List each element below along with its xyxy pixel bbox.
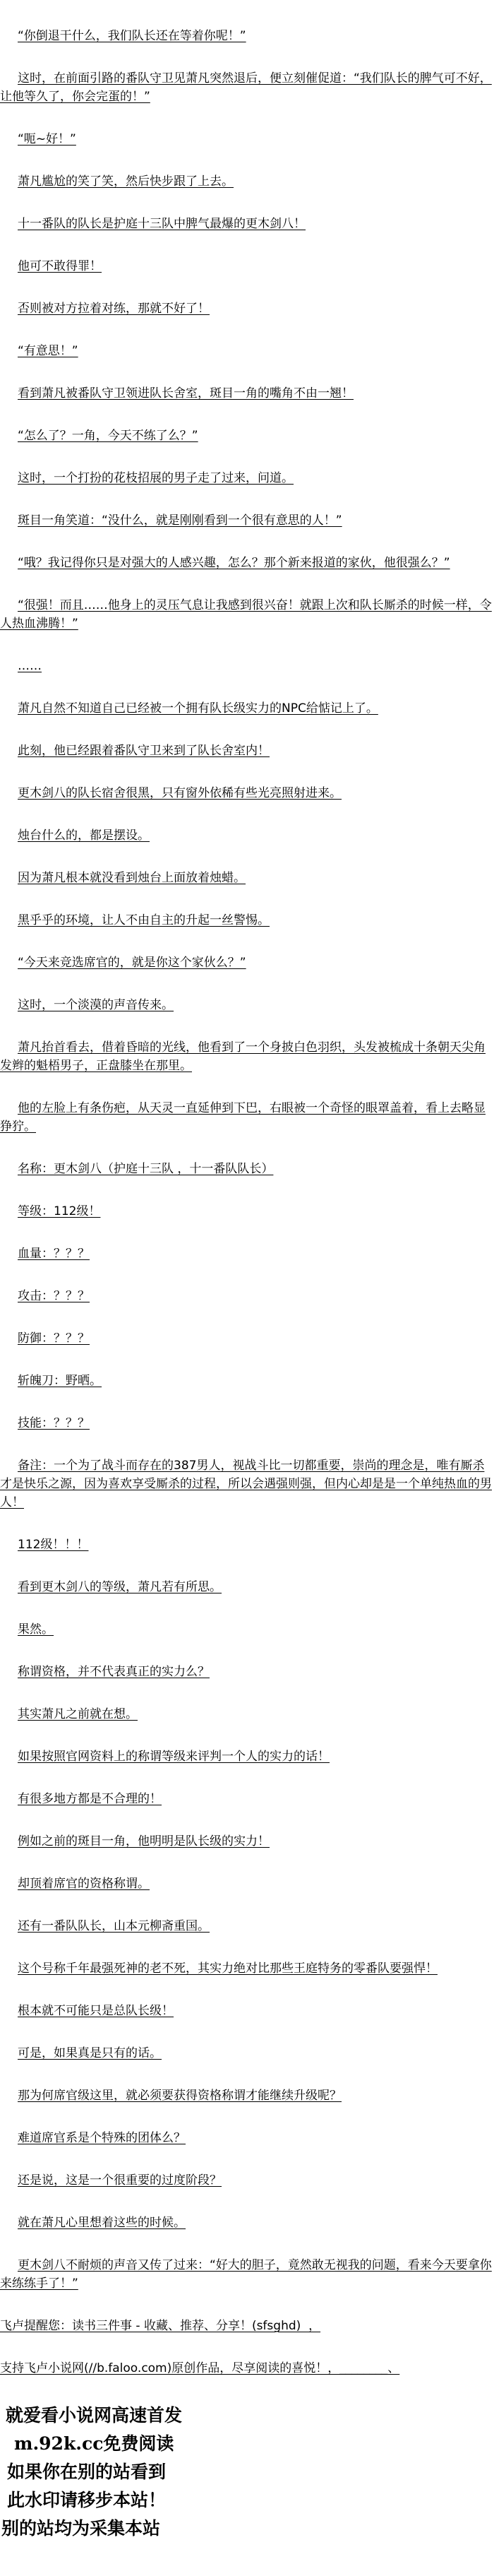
paragraph: 还是说，这是一个很重要的过度阶段？ — [0, 2171, 494, 2190]
stat-attack: 攻击：？？？ — [0, 1287, 494, 1305]
watermark-line: 就爱看小说网高速首发 — [0, 2402, 494, 2430]
paragraph: 难道席官系是个特殊的团体么？ — [0, 2129, 494, 2147]
novel-reader-page: “你倒退干什么，我们队长还在等着你呢！” 这时，在前面引路的番队守卫见萧凡突然退… — [0, 0, 494, 2547]
paragraph: 更木剑八不耐烦的声音又传了过来：“好大的胆子，竟然敢无视我的问题，看来今天要拿你… — [0, 2256, 494, 2293]
paragraph: 烛台什么的，都是摆设。 — [0, 826, 494, 845]
chapter-text: “你倒退干什么，我们队长还在等着你呢！” 这时，在前面引路的番队守卫见萧凡突然退… — [0, 27, 494, 2293]
watermark-line: 如果你在别的站看到 — [0, 2458, 494, 2486]
faloo-support-notice: 支持飞卢小说网(//b.faloo.com)原创作品，尽享阅读的喜悦！，____… — [0, 2359, 494, 2378]
paragraph: 萧凡自然不知道自己已经被一个拥有队长级实力的NPC给惦记上了。 — [0, 699, 494, 718]
paragraph: “呃~好！” — [0, 130, 494, 148]
watermark-line: 别的站均为采集本站 — [0, 2515, 494, 2543]
paragraph: 更木剑八的队长宿舍很黑，只有窗外依稀有些光亮照射进来。 — [0, 784, 494, 802]
paragraph: “很强！而且……他身上的灵压气息让我感到很兴奋！就跟上次和队长厮杀的时候一样，令… — [0, 596, 494, 633]
stat-skill: 技能：？？？ — [0, 1414, 494, 1432]
paragraph: 十一番队的队长是护庭十三队中脾气最爆的更木剑八！ — [0, 215, 494, 233]
paragraph: 这时，在前面引路的番队守卫见萧凡突然退后，便立刻催促道：“我们队长的脾气可不好，… — [0, 69, 494, 106]
watermark-block: 就爱看小说网高速首发 m.92k.cc免费阅读 如果你在别的站看到 此水印请移步… — [0, 2402, 494, 2543]
paragraph: 因为萧凡根本就没看到烛台上面放着烛蜡。 — [0, 869, 494, 887]
stat-zanpakuto: 斩魄刀：野晒。 — [0, 1372, 494, 1390]
stat-defense: 防御：？？？ — [0, 1329, 494, 1348]
reader-reminder-notice: 飞卢提醒您：读书三件事 - 收藏、推荐、分享！(sfsghd) ， — [0, 2317, 494, 2335]
paragraph: 他的左脸上有条伤疤，从天灵一直延伸到下巴，右眼被一个奇怪的眼罩盖着，看上去略显狰… — [0, 1099, 494, 1136]
paragraph: 这时，一个打扮的花枝招展的男子走了过来，问道。 — [0, 469, 494, 487]
paragraph: 那为何席官级这里，就必须要获得资格称谓才能继续升级呢？ — [0, 2087, 494, 2105]
watermark-line: 此水印请移步本站！ — [0, 2486, 494, 2515]
stat-name: 名称：更木剑八（护庭十三队 ，十一番队队长） — [0, 1160, 494, 1178]
paragraph: 看到更木剑八的等级，萧凡若有所思。 — [0, 1578, 494, 1596]
stat-remark: 备注：一个为了战斗而存在的387男人，视战斗比一切都重要，崇尚的理念是，唯有厮杀… — [0, 1456, 494, 1512]
stat-level: 等级：112级！ — [0, 1202, 494, 1221]
paragraph: 根本就不可能只是总队长级！ — [0, 2002, 494, 2020]
paragraph: “怎么了？一角，今天不练了么？” — [0, 427, 494, 445]
paragraph: 萧凡抬首看去，借着昏暗的光线，他看到了一个身披白色羽织，头发被梳成十条朝天尖角发… — [0, 1038, 494, 1075]
paragraph: 还有一番队队长，山本元柳斋重国。 — [0, 1917, 494, 1935]
paragraph: 例如之前的斑目一角，他明明是队长级的实力！ — [0, 1832, 494, 1851]
paragraph: 他可不敢得罪！ — [0, 257, 494, 275]
paragraph: “今天来竞选席官的，就是你这个家伙么？” — [0, 954, 494, 972]
site-notice: 飞卢提醒您：读书三件事 - 收藏、推荐、分享！(sfsghd) ， 支持飞卢小说… — [0, 2317, 494, 2378]
paragraph: “你倒退干什么，我们队长还在等着你呢！” — [0, 27, 494, 45]
paragraph: 却顶着席官的资格称谓。 — [0, 1875, 494, 1893]
paragraph: 果然。 — [0, 1620, 494, 1639]
paragraph: “有意思！” — [0, 342, 494, 360]
paragraph: 称谓资格，并不代表真正的实力么？ — [0, 1663, 494, 1681]
paragraph: 就在萧凡心里想着这些的时候。 — [0, 2214, 494, 2232]
paragraph: 此刻，他已经跟着番队守卫来到了队长舍室内！ — [0, 742, 494, 760]
paragraph: 黑乎乎的环境，让人不由自主的升起一丝警惕。 — [0, 911, 494, 930]
paragraph: 可是，如果真是只有的话。 — [0, 2044, 494, 2062]
watermark-line: m.92k.cc免费阅读 — [0, 2430, 494, 2458]
paragraph: 这个号称千年最强死神的老不死，其实力绝对比那些王庭特务的零番队要强悍！ — [0, 1959, 494, 1978]
paragraph: 其实萧凡之前就在想。 — [0, 1705, 494, 1723]
paragraph: 看到萧凡被番队守卫领进队长舍室，斑目一角的嘴角不由一翘！ — [0, 384, 494, 403]
stat-hp: 血量：？？？ — [0, 1245, 494, 1263]
paragraph: …… — [0, 657, 494, 675]
paragraph: 如果按照官网资料上的称谓等级来评判一个人的实力的话！ — [0, 1747, 494, 1766]
paragraph: 有很多地方都是不合理的！ — [0, 1790, 494, 1808]
paragraph: 否则被对方拉着对练，那就不好了！ — [0, 299, 494, 318]
paragraph: 112级！！！ — [0, 1536, 494, 1554]
paragraph: 萧凡尴尬的笑了笑，然后快步跟了上去。 — [0, 172, 494, 191]
paragraph: “哦？我记得你只是对强大的人感兴趣，怎么？那个新来报道的家伙，他很强么？” — [0, 554, 494, 572]
paragraph: 斑目一角笑道：“没什么，就是刚刚看到一个很有意思的人！” — [0, 511, 494, 530]
paragraph: 这时，一个淡漠的声音传来。 — [0, 996, 494, 1014]
